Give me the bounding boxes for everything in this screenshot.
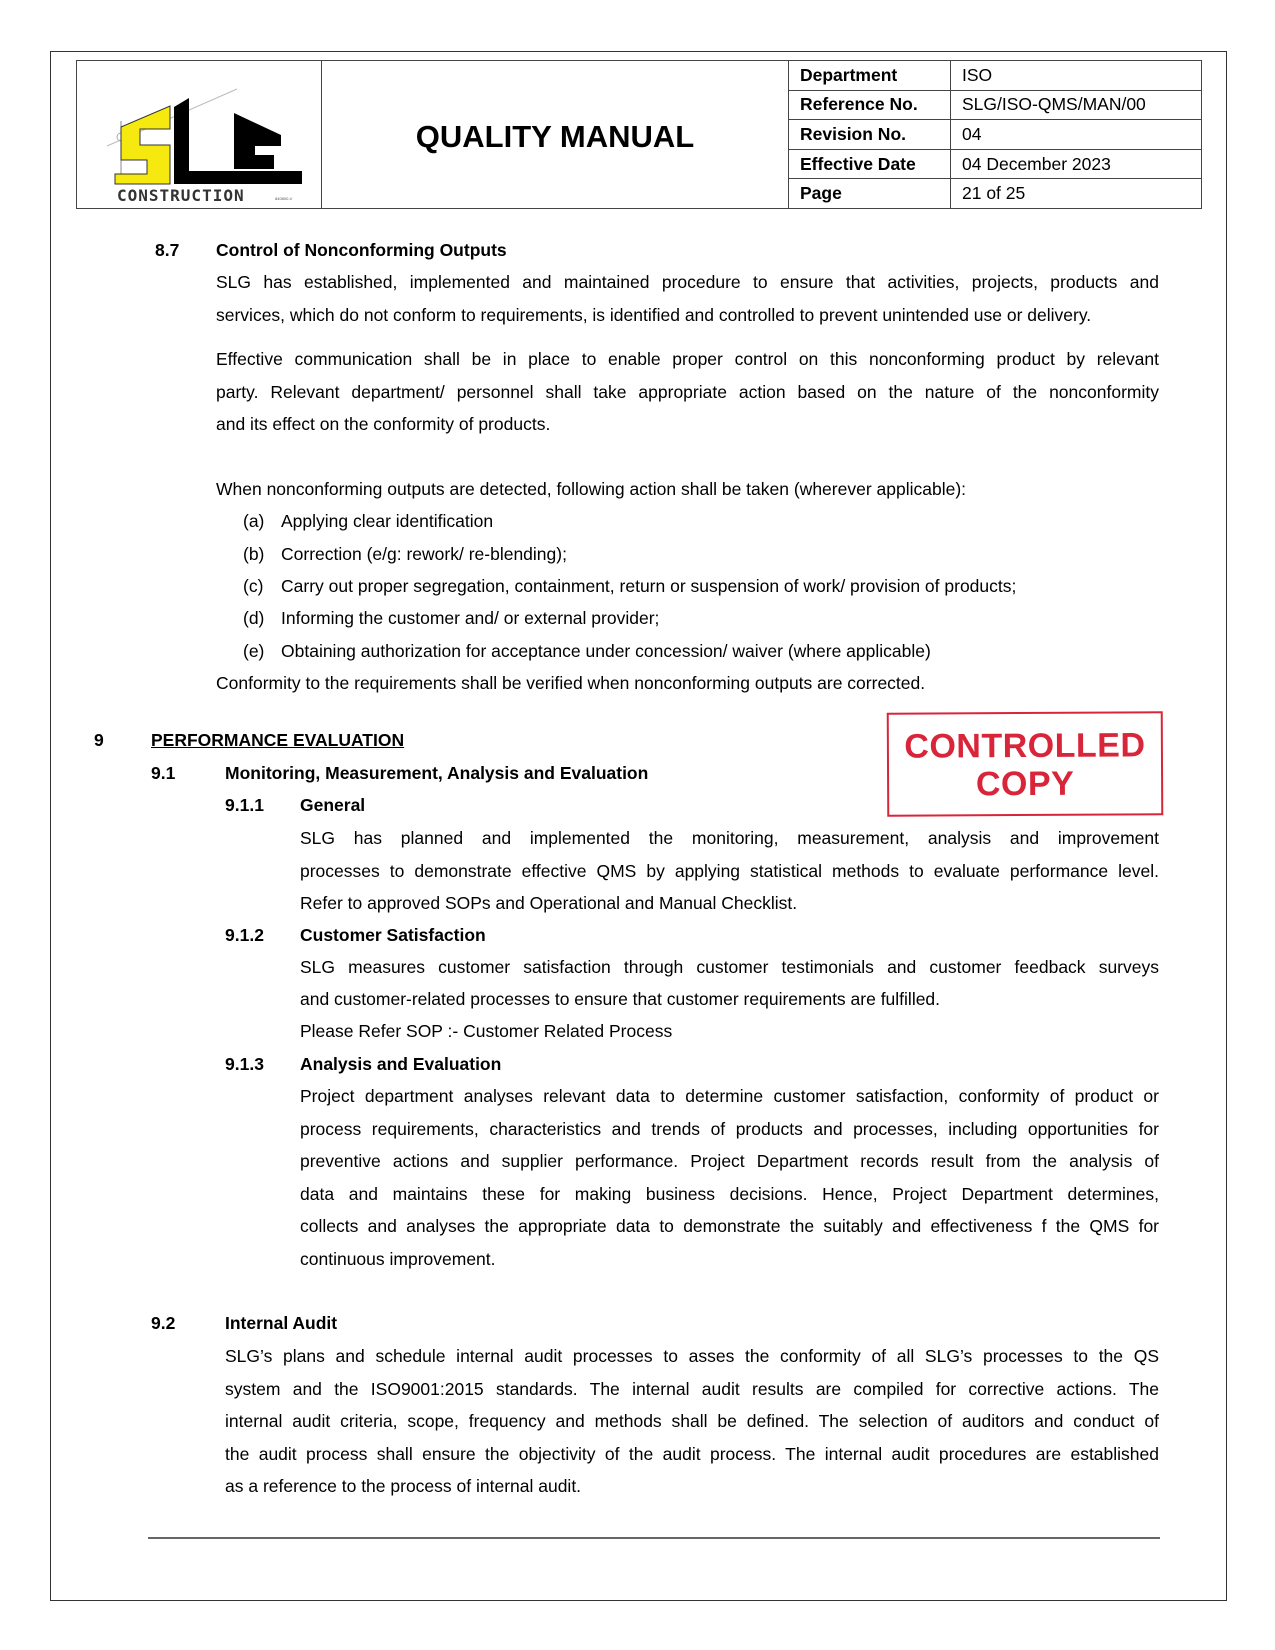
document-header: CONSTRUCTION 840800-V QUALITY MANUAL Dep… [76, 60, 1202, 209]
text-line: party. Relevant department/ personnel sh… [216, 382, 1159, 415]
meta-value: 04 December 2023 [951, 150, 1201, 179]
footer-divider [148, 1537, 1160, 1539]
closing-statement: Conformity to the requirements shall be … [216, 673, 925, 693]
list-item: Informing the customer and/ or external … [281, 608, 659, 628]
text-line: SLG measures customer satisfaction throu… [300, 957, 1159, 990]
slg-construction-logo-icon: CONSTRUCTION 840800-V [77, 61, 319, 208]
list-item: Obtaining authorization for acceptance u… [281, 641, 931, 661]
subsection-number: 9.1.3 [225, 1054, 264, 1074]
meta-key: Revision No. [789, 120, 951, 149]
meta-key: Page [789, 179, 951, 208]
list-label: (b) [243, 544, 264, 564]
section-number: 8.7 [155, 240, 179, 260]
text-line: as a reference to the process of interna… [225, 1476, 581, 1496]
text-line: collects and analyses the appropriate da… [300, 1216, 1159, 1249]
stamp-line-1: CONTROLLED [889, 726, 1161, 765]
list-item: Carry out proper segregation, containmen… [281, 576, 1016, 596]
paragraph-8-7-1: SLG has established, implemented and mai… [216, 272, 1159, 305]
meta-value: ISO [951, 61, 1201, 90]
text-line: and its effect on the conformity of prod… [216, 414, 550, 434]
text-line: Project department analyses relevant dat… [300, 1086, 1159, 1119]
document-meta-table: Department ISO Reference No. SLG/ISO-QMS… [789, 61, 1201, 208]
svg-text:CONSTRUCTION: CONSTRUCTION [117, 186, 245, 205]
meta-row-page: Page 21 of 25 [789, 179, 1201, 208]
text-line: services, which do not conform to requir… [216, 305, 1091, 325]
paragraph-9-1-2: SLG measures customer satisfaction throu… [300, 957, 1159, 990]
subsection-number: 9.1.2 [225, 925, 264, 945]
text-line: system and the ISO9001:2015 standards. T… [225, 1379, 1159, 1412]
list-item: Applying clear identification [281, 511, 493, 531]
text-line: and customer-related processes to ensure… [300, 989, 940, 1009]
text-line: process requirements, characteristics an… [300, 1119, 1159, 1152]
list-label: (c) [243, 576, 263, 596]
meta-value: 21 of 25 [951, 179, 1201, 208]
meta-row-revision: Revision No. 04 [789, 120, 1201, 150]
text-line: processes to demonstrate effective QMS b… [300, 861, 1159, 894]
meta-row-reference: Reference No. SLG/ISO-QMS/MAN/00 [789, 91, 1201, 121]
document-title: QUALITY MANUAL [322, 61, 789, 208]
section-heading: Internal Audit [225, 1313, 337, 1333]
text-line: preventive actions and supplier performa… [300, 1151, 1159, 1184]
section-heading: Monitoring, Measurement, Analysis and Ev… [225, 763, 648, 783]
company-logo: CONSTRUCTION 840800-V [77, 61, 322, 208]
chapter-number: 9 [94, 730, 104, 750]
paragraph-9-1-1: SLG has planned and implemented the moni… [300, 828, 1159, 893]
text-line: internal audit criteria, scope, frequenc… [225, 1411, 1159, 1444]
stamp-line-2: COPY [889, 764, 1161, 803]
paragraph-8-7-2: Effective communication shall be in plac… [216, 349, 1159, 414]
svg-text:840800-V: 840800-V [275, 196, 293, 201]
meta-key: Reference No. [789, 91, 951, 120]
text-line: continuous improvement. [300, 1249, 496, 1269]
text-line: Please Refer SOP :- Customer Related Pro… [300, 1021, 672, 1041]
meta-value: 04 [951, 120, 1201, 149]
subsection-heading: Analysis and Evaluation [300, 1054, 501, 1074]
list-label: (d) [243, 608, 264, 628]
subsection-number: 9.1.1 [225, 795, 264, 815]
section-number: 9.2 [151, 1313, 175, 1333]
text-line: SLG’s plans and schedule internal audit … [225, 1346, 1159, 1379]
section-heading: Control of Nonconforming Outputs [216, 240, 507, 260]
text-line: SLG has planned and implemented the moni… [300, 828, 1159, 861]
text-line: Refer to approved SOPs and Operational a… [300, 893, 797, 913]
subsection-heading: General [300, 795, 365, 815]
list-label: (a) [243, 511, 264, 531]
list-item: Correction (e/g: rework/ re-blending); [281, 544, 567, 564]
paragraph-9-1-3: Project department analyses relevant dat… [300, 1086, 1159, 1249]
list-label: (e) [243, 641, 264, 661]
chapter-heading: PERFORMANCE EVALUATION [151, 730, 404, 750]
meta-value: SLG/ISO-QMS/MAN/00 [951, 91, 1201, 120]
meta-row-department: Department ISO [789, 61, 1201, 91]
action-intro: When nonconforming outputs are detected,… [216, 479, 966, 499]
text-line: the audit process shall ensure the objec… [225, 1444, 1159, 1477]
subsection-heading: Customer Satisfaction [300, 925, 486, 945]
text-line: data and maintains these for making busi… [300, 1184, 1159, 1217]
text-line: SLG has established, implemented and mai… [216, 272, 1159, 305]
meta-row-effective-date: Effective Date 04 December 2023 [789, 150, 1201, 180]
section-number: 9.1 [151, 763, 175, 783]
meta-key: Department [789, 61, 951, 90]
meta-key: Effective Date [789, 150, 951, 179]
controlled-copy-stamp: CONTROLLED COPY [887, 711, 1164, 816]
paragraph-9-2: SLG’s plans and schedule internal audit … [225, 1346, 1159, 1476]
text-line: Effective communication shall be in plac… [216, 349, 1159, 382]
